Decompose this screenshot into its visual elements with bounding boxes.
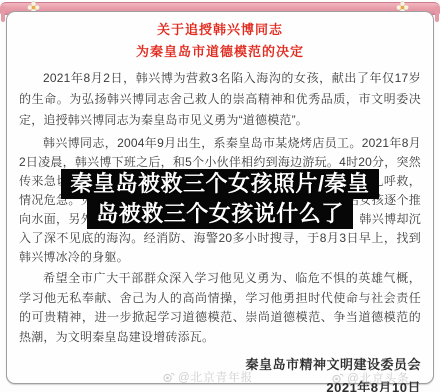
document-card: 关于追授韩兴博同志 为秦皇岛市道德模范的决定 2021年8月2日，韩兴博为营救3… bbox=[6, 11, 434, 384]
document-paragraph-3: 希望全市广大干部群众深入学习他见义勇为、临危不惧的英雄气概，学习他无私奉献、舍己… bbox=[19, 269, 421, 347]
document-paragraph-2: 韩兴博同志，2004年9月出生，系秦皇岛市某烧烤店员工。2021年8月2日凌晨，… bbox=[19, 134, 421, 267]
document-title-line2: 为秦皇岛市道德模范的决定 bbox=[19, 41, 421, 63]
screenshot-root: 关于追授韩兴博同志 为秦皇岛市道德模范的决定 2021年8月2日，韩兴博为营救3… bbox=[0, 0, 440, 392]
watermark-left: @北京青年报 bbox=[162, 369, 253, 385]
document-title-line1: 关于追授韩兴博同志 bbox=[19, 19, 421, 41]
weibo-icon bbox=[331, 372, 344, 384]
weibo-icon bbox=[162, 371, 175, 383]
watermark-label: @北京头条 bbox=[347, 370, 410, 386]
watermark-label: @北京青年报 bbox=[178, 369, 253, 385]
document-paragraph-1: 2021年8月2日，韩兴博为营救3名陷入海沟的女孩，献出了年仅17岁的生命。为弘… bbox=[19, 68, 421, 131]
document-body: 关于追授韩兴博同志 为秦皇岛市道德模范的决定 2021年8月2日，韩兴博为营救3… bbox=[7, 12, 433, 383]
ribbon-end-left bbox=[1, 6, 5, 22]
watermark-right: @北京头条 bbox=[331, 370, 410, 386]
ribbon-end-right bbox=[435, 6, 439, 22]
